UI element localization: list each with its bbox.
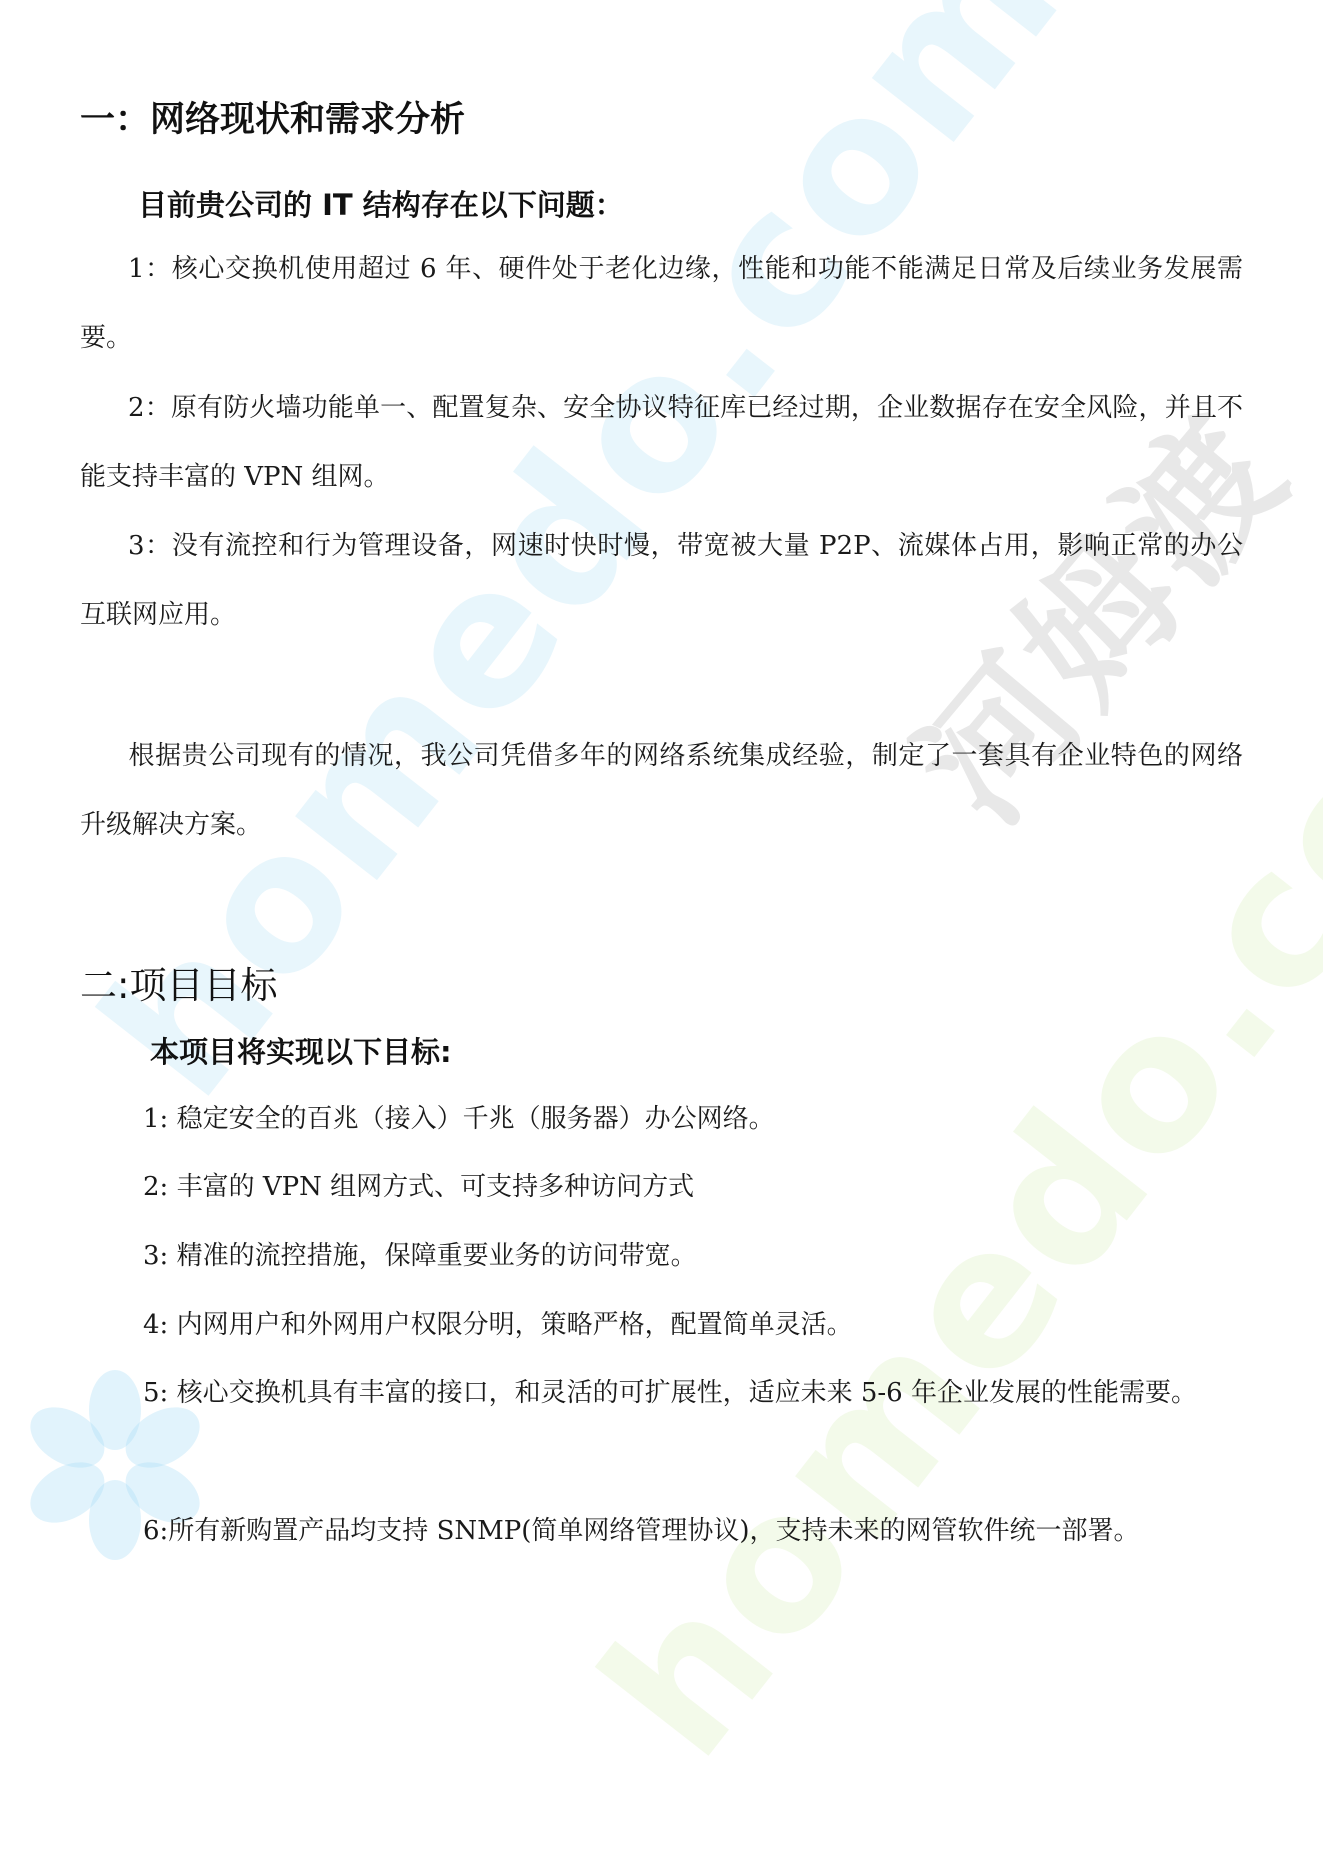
problem-text-2: 2：原有防火墙功能单一、配置复杂、安全协议特征库已经过期，企业数据存在安全风险，… [80,393,1243,492]
problem-item-1: 1：核心交换机使用超过 6 年、硬件处于老化边缘，性能和功能不能满足日常及后续业… [80,235,1243,373]
conclusion-text: 根据贵公司现有的情况，我公司凭借多年的网络系统集成经验，制定了一套具有企业特色的… [80,741,1243,840]
goal-item-4: 4: 内网用户和外网用户权限分明，策略严格，配置简单灵活。 [143,1305,853,1345]
goal-text-5: 5: 核心交换机具有丰富的接口，和灵活的可扩展性，适应未来 5-6 年企业发展的… [143,1378,1197,1408]
goal-item-5: 5: 核心交换机具有丰富的接口，和灵活的可扩展性，适应未来 5-6 年企业发展的… [80,1359,1243,1428]
goal-text-6: 6:所有新购置产品均支持 SNMP(简单网络管理协议)，支持未来的网管软件统一部… [143,1516,1140,1546]
goal-item-1: 1: 稳定安全的百兆（接入）千兆（服务器）办公网络。 [143,1099,775,1139]
goal-item-3: 3: 精准的流控措施，保障重要业务的访问带宽。 [143,1236,697,1276]
section-heading-2: 二:项目目标 [80,955,277,1009]
section-heading-1: 一：网络现状和需求分析 [80,92,465,142]
problem-item-2: 2：原有防火墙功能单一、配置复杂、安全协议特征库已经过期，企业数据存在安全风险，… [80,374,1243,512]
section-subheading-1: 目前贵公司的 IT 结构存在以下问题： [138,183,624,224]
section-subheading-2: 本项目将实现以下目标: [150,1030,452,1071]
goal-item-2: 2: 丰富的 VPN 组网方式、可支持多种访问方式 [143,1167,694,1207]
problem-item-3: 3：没有流控和行为管理设备，网速时快时慢，带宽被大量 P2P、流媒体占用，影响正… [80,512,1243,650]
problem-text-1: 1：核心交换机使用超过 6 年、硬件处于老化边缘，性能和功能不能满足日常及后续业… [80,254,1243,353]
conclusion-paragraph: 根据贵公司现有的情况，我公司凭借多年的网络系统集成经验，制定了一套具有企业特色的… [80,722,1243,860]
problem-text-3: 3：没有流控和行为管理设备，网速时快时慢，带宽被大量 P2P、流媒体占用，影响正… [80,531,1243,630]
goal-item-6: 6:所有新购置产品均支持 SNMP(简单网络管理协议)，支持未来的网管软件统一部… [80,1497,1243,1566]
